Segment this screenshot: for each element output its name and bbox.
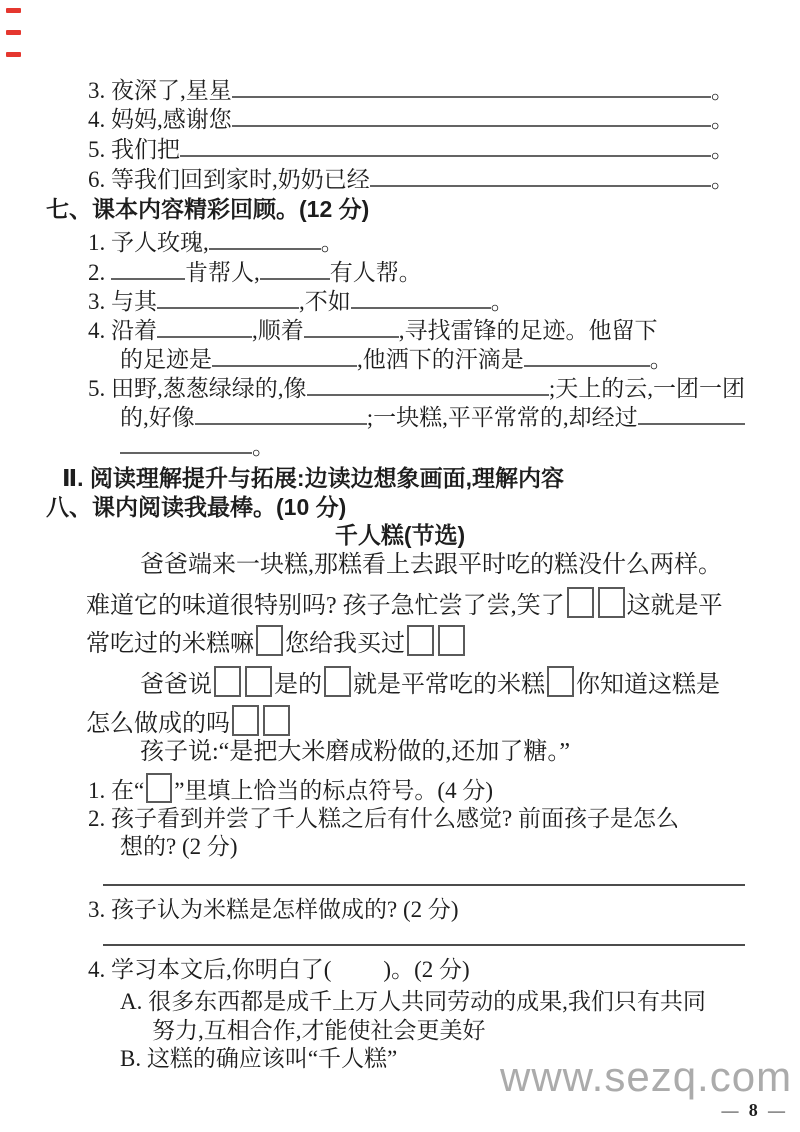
answer-rule-1 [103,884,745,886]
text-segment: 八、课内阅读我最棒。(10 分) [46,492,346,522]
text-segment: 。 [711,135,734,165]
punctuation-box [214,666,241,697]
text-segment: 爸爸端来一块糕,那糕看上去跟平时吃的糕没什么两样。 [140,549,722,581]
passage-line-6: 孩子说:“是把大米磨成粉做的,还加了糖。” [140,736,570,768]
section-2-roman-header: Ⅱ. 阅读理解提升与拓展:边读边想象画面,理解内容 [62,463,564,493]
passage-title: 千人糕(节选) [0,520,800,550]
blank-line [307,391,549,396]
text-segment: 常吃过的米糕嘛 [86,628,254,660]
text-segment: 千人糕(节选) [335,520,465,550]
item-7-2: 2. 肯帮人,有人帮。 [88,258,422,288]
text-segment: 您给我买过 [285,628,405,660]
option-a-cont: 努力,互相合作,才能使社会更美好 [152,1016,486,1046]
text-segment: 。 [491,287,514,317]
text-segment: B. 这糕的确应该叫“千人糕” [120,1044,397,1074]
blank-line [524,362,650,367]
text-segment: 。 [711,105,734,135]
text-segment: ,他洒下的汗滴是 [357,345,524,375]
blank-line [212,362,357,367]
punctuation-box [324,666,351,697]
text-segment: 3. 孩子认为米糕是怎样做成的? (2 分) [88,895,459,925]
blank-line [638,420,745,425]
text-segment: ,不如 [299,287,351,317]
text-segment: 。 [650,345,673,375]
text-segment: ,寻找雷锋的足迹。他留下 [399,316,658,346]
blank-line [351,304,491,309]
passage-line-2: 难道它的味道很特别吗? 孩子急忙尝了尝,笑了这就是平 [86,582,723,622]
item-7-4: 4. 沿着,顺着,寻找雷锋的足迹。他留下 [88,316,658,346]
passage-line-3: 常吃过的米糕嘛您给我买过 [86,620,467,660]
text-segment: 2. 孩子看到并尝了千人糕之后有什么感觉? 前面孩子是怎么 [88,804,679,834]
text-segment: 。 [711,165,734,195]
text-segment: ;一块糕,平平常常的,却经过 [367,403,638,433]
text-segment: 。 [252,432,275,462]
text-segment: 3. 与其 [88,287,157,317]
text-segment: 4. 学习本文后,你明白了( [88,955,331,985]
text-segment: 的足迹是 [120,345,212,375]
text-segment: 3. 夜深了,星星 [88,76,232,106]
text-segment: 你知道这糕是 [576,669,720,701]
punctuation-box [263,705,290,736]
answer-rule-2 [103,944,745,946]
question-2: 2. 孩子看到并尝了千人糕之后有什么感觉? 前面孩子是怎么 [88,804,679,834]
text-segment: 。 [711,76,734,106]
page-number: — 8 — [722,1100,789,1121]
text-segment: 。 [321,228,344,258]
passage-line-1: 爸爸端来一块糕,那糕看上去跟平时吃的糕没什么两样。 [140,549,722,581]
item-7-1: 1. 予人玫瑰,。 [88,228,344,258]
text-segment: 的,好像 [120,403,195,433]
question-2-cont: 想的? (2 分) [120,832,238,862]
text-segment: 6. 等我们回到家时,奶奶已经 [88,165,370,195]
passage-line-5: 怎么做成的吗 [86,700,292,740]
text-segment: )。(2 分) [383,955,469,985]
section-8-header: 八、课内阅读我最棒。(10 分) [46,492,346,522]
binding-dash-mark [6,8,21,13]
item-7-5-cont: 的,好像;一块糕,平平常常的,却经过 [120,403,745,433]
question-3: 3. 孩子认为米糕是怎样做成的? (2 分) [88,895,459,925]
punctuation-box [598,587,625,618]
fillin-item-3: 3. 夜深了,星星。 [88,76,734,106]
text-segment: 1. 在“ [88,776,144,806]
punctuation-box [567,587,594,618]
blank-line [260,275,330,280]
passage-line-4: 爸爸说是的就是平常吃的米糕你知道这糕是 [140,661,720,701]
worksheet-page: 3. 夜深了,星星。4. 妈妈,感谢您。5. 我们把。6. 等我们回到家时,奶奶… [0,0,800,1132]
option-a: A. 很多东西都是成千上万人共同劳动的成果,我们只有共同 [120,987,706,1017]
text-segment: 难道它的味道很特别吗? 孩子急忙尝了尝,笑了 [86,590,565,622]
answer-rule [103,944,745,946]
answer-rule [103,884,745,886]
text-segment: 孩子说:“是把大米磨成粉做的,还加了糖。” [140,736,570,768]
text-segment: 想的? (2 分) [120,832,238,862]
text-segment: 4. 沿着 [88,316,157,346]
text-segment: ;天上的云,一团一团 [549,374,745,404]
question-4: 4. 学习本文后,你明白了()。(2 分) [88,955,470,985]
punctuation-box [547,666,574,697]
text-segment: ”里填上恰当的标点符号。(4 分) [174,776,493,806]
blank-line [111,275,185,280]
item-7-3: 3. 与其,不如。 [88,287,514,317]
item-7-5: 5. 田野,葱葱绿绿的,像;天上的云,一团一团 [88,374,745,404]
blank-line [304,333,399,338]
punctuation-box [407,625,434,656]
text-segment: Ⅱ. 阅读理解提升与拓展:边读边想象画面,理解内容 [62,463,564,493]
blank-line [370,182,711,187]
blank-line [157,333,252,338]
section-7-header: 七、课本内容精彩回顾。(12 分) [46,194,369,224]
page-number-dash-left: — [722,1101,749,1120]
blank-line [232,93,711,98]
text-segment: A. 很多东西都是成千上万人共同劳动的成果,我们只有共同 [120,987,706,1017]
text-segment: 2. [88,258,111,288]
fillin-item-6: 6. 等我们回到家时,奶奶已经。 [88,165,734,195]
text-segment: 肯帮人, [185,258,260,288]
punctuation-box [438,625,465,656]
blank-line [195,420,367,425]
text-segment: 爸爸说 [140,669,212,701]
text-segment: 5. 我们把 [88,135,180,165]
text-segment: 4. 妈妈,感谢您 [88,105,232,135]
item-7-4-cont: 的足迹是,他洒下的汗滴是。 [120,345,673,375]
blank-line [120,449,252,454]
blank-line [232,122,711,127]
text-segment: 5. 田野,葱葱绿绿的,像 [88,374,307,404]
blank-line [180,152,711,157]
option-b: B. 这糕的确应该叫“千人糕” [120,1044,397,1074]
text-segment: 努力,互相合作,才能使社会更美好 [152,1016,486,1046]
question-1: 1. 在“”里填上恰当的标点符号。(4 分) [88,768,493,806]
fillin-item-5: 5. 我们把。 [88,135,734,165]
page-number-value: 8 [749,1100,761,1120]
text-segment: 1. 予人玫瑰, [88,228,209,258]
binding-dash-mark [6,30,21,35]
text-segment: 有人帮。 [330,258,422,288]
binding-dash-mark [6,52,21,57]
watermark: www.sezq.com [500,1056,792,1098]
page-number-dash-right: — [761,1101,788,1120]
text-segment: 就是平常吃的米糕 [353,669,545,701]
blank-line [209,245,321,250]
text-segment: 这就是平 [627,590,723,622]
text-segment: 是的 [274,669,322,701]
punctuation-box [256,625,283,656]
text-segment: ,顺着 [252,316,304,346]
punctuation-box [232,705,259,736]
blank-line [157,304,299,309]
item-7-5-cont2: 。 [120,432,275,462]
text-segment: 七、课本内容精彩回顾。(12 分) [46,194,369,224]
fillin-item-4: 4. 妈妈,感谢您。 [88,105,734,135]
punctuation-box [245,666,272,697]
punctuation-box [146,773,172,803]
